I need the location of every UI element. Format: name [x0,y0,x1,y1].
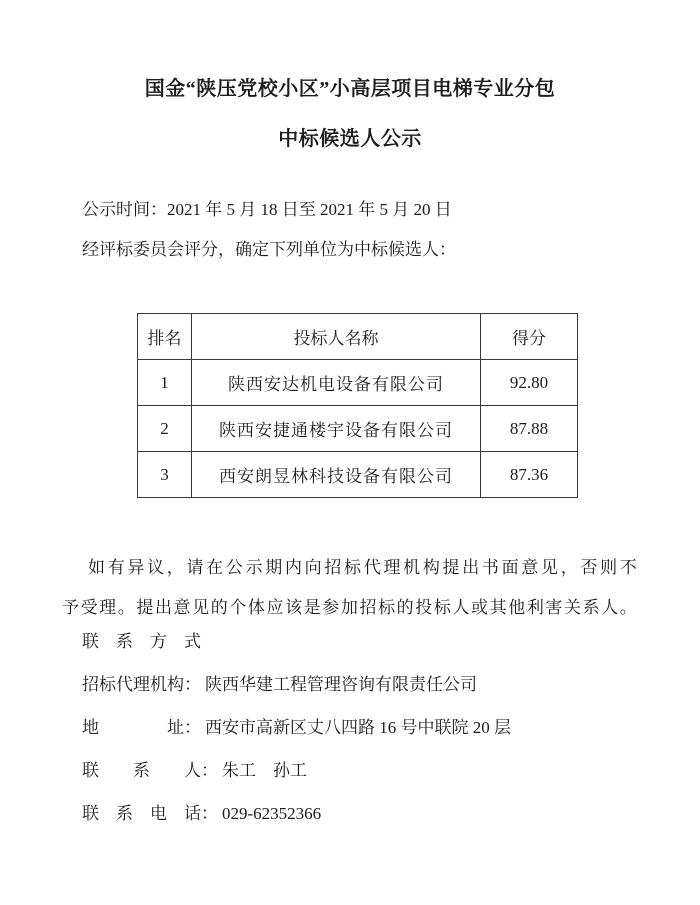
contact-line-phone: 联 系 电 话：029-62352366 [82,801,638,827]
score-cell: 92.80 [481,360,578,406]
contact-heading: 联 系 方 式 [82,629,638,655]
rank-cell: 1 [138,360,192,406]
table-row: 1 陕西安达机电设备有限公司 92.80 [138,360,578,406]
publicity-period-line: 公示时间：2021 年 5 月 18 日至 2021 年 5 月 20 日 [82,197,638,223]
score-cell: 87.88 [481,406,578,452]
phone-value: 029-62352366 [222,804,321,823]
table-header-row: 排名 投标人名称 得分 [138,314,578,360]
document-page: 国金“陕压党校小区”小高层项目电梯专业分包 中标候选人公示 公示时间：2021 … [0,0,700,905]
rank-cell: 2 [138,406,192,452]
header-rank: 排名 [138,314,192,360]
objection-paragraph: 如有异议，请在公示期内向招标代理机构提出书面意见，否则不 予受理。提出意见的个体… [62,548,638,628]
doc-title: 国金“陕压党校小区”小高层项目电梯专业分包 中标候选人公示 [62,64,638,164]
contact-line-person: 联 系 人：朱工 孙工 [82,758,638,784]
doc-title-line2: 中标候选人公示 [62,114,638,164]
bidder-name-cell: 西安朗昱林科技设备有限公司 [192,452,481,498]
contact-person-value: 朱工 孙工 [222,761,307,780]
agency-label: 招标代理机构： [82,672,201,698]
phone-label: 联 系 电 话： [82,801,218,827]
rank-cell: 3 [138,452,192,498]
agency-value: 陕西华建工程管理咨询有限责任公司 [205,675,477,694]
objection-line1: 如有异议，请在公示期内向招标代理机构提出书面意见，否则不 [62,548,638,588]
table-row: 2 陕西安捷通楼宇设备有限公司 87.88 [138,406,578,452]
header-bidder-name: 投标人名称 [192,314,481,360]
bidder-name-cell: 陕西安达机电设备有限公司 [192,360,481,406]
header-score: 得分 [481,314,578,360]
contact-line-address: 地 址：西安市高新区丈八四路 16 号中联院 20 层 [82,715,638,741]
bidder-name-cell: 陕西安捷通楼宇设备有限公司 [192,406,481,452]
contact-line-agency: 招标代理机构：陕西华建工程管理咨询有限责任公司 [82,672,638,698]
address-label: 地 址： [82,715,201,741]
score-cell: 87.36 [481,452,578,498]
address-value: 西安市高新区丈八四路 16 号中联院 20 层 [205,718,511,737]
objection-line2: 予受理。提出意见的个体应该是参加招标的投标人或其他利害关系人。 [62,588,638,628]
candidates-table: 排名 投标人名称 得分 1 陕西安达机电设备有限公司 92.80 2 陕西安捷通… [137,313,578,498]
contact-person-label: 联 系 人： [82,758,218,784]
doc-title-line1: 国金“陕压党校小区”小高层项目电梯专业分包 [62,64,638,114]
table-row: 3 西安朗昱林科技设备有限公司 87.36 [138,452,578,498]
evaluation-note-line: 经评标委员会评分，确定下列单位为中标候选人： [82,237,638,263]
